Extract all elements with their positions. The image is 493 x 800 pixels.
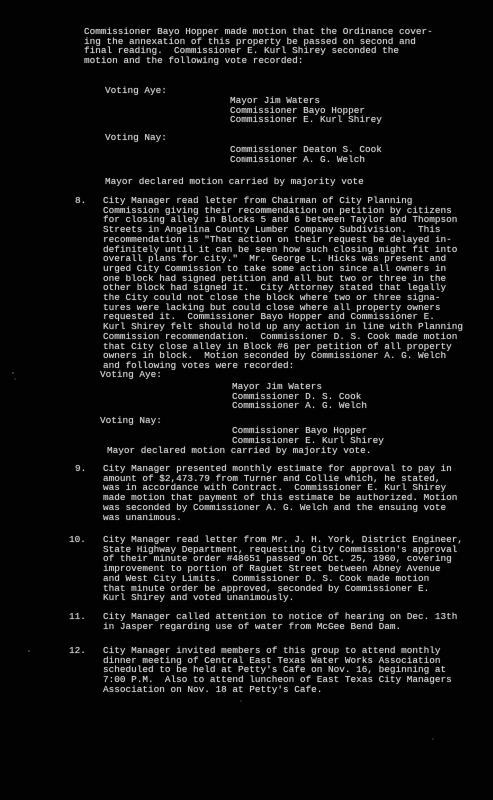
voter-name: Commissioner E. Kurl Shirey bbox=[232, 436, 384, 446]
scan-noise-speck bbox=[14, 378, 16, 380]
voting-nay-names-2: Commissioner Bayo HopperCommissioner E. … bbox=[232, 426, 384, 445]
item-10-body: City Manager read letter from Mr. J. H. … bbox=[103, 535, 463, 603]
item-9-line: was unanimous. bbox=[103, 513, 457, 523]
item-number-12: 12. bbox=[69, 646, 86, 656]
scan-noise-speck bbox=[28, 650, 30, 652]
voting-aye-label-1: Voting Aye: bbox=[105, 86, 167, 96]
voting-aye-names-1: Mayor Jim WatersCommissioner Bayo Hopper… bbox=[230, 96, 382, 125]
motion-result-2: Mayor declared motion carried by majorit… bbox=[107, 446, 371, 456]
item-11-body: City Manager called attention to notice … bbox=[103, 612, 457, 631]
intro-line: motion and the following vote recorded: bbox=[84, 56, 433, 66]
voter-name: Commissioner E. Kurl Shirey bbox=[230, 115, 382, 125]
scan-noise-speck bbox=[244, 156, 246, 158]
voting-aye-label-2: Voting Aye: bbox=[100, 370, 162, 380]
scan-noise-speck bbox=[12, 372, 14, 374]
voting-nay-label-2: Voting Nay: bbox=[100, 416, 162, 426]
item-12-body: City Manager invited members of this gro… bbox=[103, 646, 452, 695]
motion-result-1: Mayor declared motion carried by majorit… bbox=[105, 177, 364, 187]
scan-noise-speck bbox=[240, 700, 242, 702]
voting-nay-names-1: Commissioner Deaton S. CookCommissioner … bbox=[230, 145, 382, 164]
voter-name: Commissioner A. G. Welch bbox=[230, 155, 382, 165]
voting-aye-names-2: Mayor Jim WatersCommissioner D. S. CookC… bbox=[232, 382, 367, 411]
item-9-body: City Manager presented monthly estimate … bbox=[103, 464, 457, 522]
item-11-line: in Jasper regarding use of water from Mc… bbox=[103, 622, 457, 632]
item-8-body: City Manager read letter from Chairman o… bbox=[103, 196, 463, 371]
item-10-line: Kurl Shirey and voted unanimously. bbox=[103, 593, 463, 603]
voting-nay-label-1: Voting Nay: bbox=[105, 133, 167, 143]
voter-name: Commissioner A. G. Welch bbox=[232, 401, 367, 411]
item-number-11: 11. bbox=[69, 612, 86, 622]
item-number-10: 10. bbox=[69, 535, 86, 545]
item-number-9: 9. bbox=[75, 464, 86, 474]
scan-noise-speck bbox=[432, 738, 434, 740]
intro-paragraph: Commissioner Bayo Hopper made motion tha… bbox=[84, 27, 433, 66]
scanned-minutes-page: Commissioner Bayo Hopper made motion tha… bbox=[0, 0, 493, 800]
item-12-line: Association on Nov. 18 at Petty's Cafe. bbox=[103, 685, 452, 695]
item-number-8: 8. bbox=[75, 196, 86, 206]
